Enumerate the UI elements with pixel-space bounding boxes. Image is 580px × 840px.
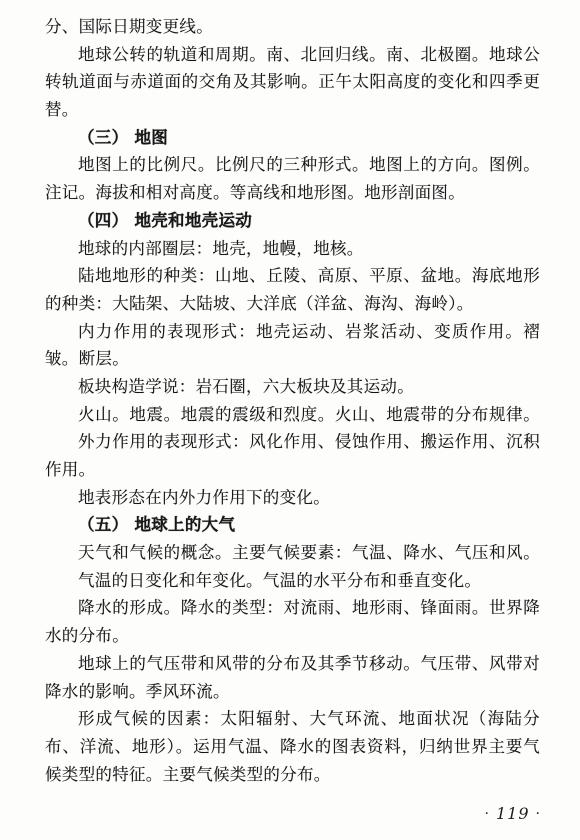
text-line: 地球的内部圈层：地壳，地幔，地核。 xyxy=(45,235,540,263)
section-heading: （五） 地球上的大气 xyxy=(45,511,540,539)
text-line: 转轨道面与赤道面的交角及其影响。正午太阳高度的变化和四季更 xyxy=(45,68,540,96)
text-line: 天气和气候的概念。主要气候要素：气温、降水、气压和风。 xyxy=(45,539,540,567)
text-line: 分、国际日期变更线。 xyxy=(45,13,540,41)
text-line: 板块构造学说：岩石圈，六大板块及其运动。 xyxy=(45,373,540,401)
text-line: 地表形态在内外力作用下的变化。 xyxy=(45,484,540,512)
section-heading: （四） 地壳和地壳运动 xyxy=(45,207,540,235)
text-line: 陆地地形的种类：山地、丘陵、高原、平原、盆地。海底地形 xyxy=(45,262,540,290)
text-line: 地球上的气压带和风带的分布及其季节移动。气压带、风带对 xyxy=(45,650,540,678)
page-number-left-dot: · xyxy=(485,806,490,822)
page-number: ·119· xyxy=(479,804,547,823)
text-line: 候类型的特征。主要气候类型的分布。 xyxy=(45,761,540,789)
scanned-document-page: 分、国际日期变更线。地球公转的轨道和周期。南、北回归线。南、北极圈。地球公转轨道… xyxy=(0,0,580,840)
text-line: 外力作用的表现形式：风化作用、侵蚀作用、搬运作用、沉积 xyxy=(45,428,540,456)
text-line: 注记。海拔和相对高度。等高线和地形图。地形剖面图。 xyxy=(45,179,540,207)
text-line: 替。 xyxy=(45,96,540,124)
text-line: 作用。 xyxy=(45,456,540,484)
text-line: 降水的形成。降水的类型：对流雨、地形雨、锋面雨。世界降 xyxy=(45,594,540,622)
text-line: 形成气候的因素：太阳辐射、大气环流、地面状况（海陆分 xyxy=(45,705,540,733)
text-line: 布、洋流、地形）。运用气温、降水的图表资料，归纳世界主要气 xyxy=(45,733,540,761)
text-line: 内力作用的表现形式：地壳运动、岩浆活动、变质作用。褶 xyxy=(45,318,540,346)
text-line: 地球公转的轨道和周期。南、北回归线。南、北极圈。地球公 xyxy=(45,41,540,69)
page-number-value: 119 xyxy=(496,804,530,823)
section-heading: （三） 地图 xyxy=(45,124,540,152)
text-line: 皱。断层。 xyxy=(45,345,540,373)
text-line: 火山。地震。地震的震级和烈度。火山、地震带的分布规律。 xyxy=(45,401,540,429)
text-line: 气温的日变化和年变化。气温的水平分布和垂直变化。 xyxy=(45,567,540,595)
text-line: 降水的影响。季风环流。 xyxy=(45,678,540,706)
page-number-right-dot: · xyxy=(536,806,541,822)
text-line: 的种类：大陆架、大陆坡、大洋底（洋盆、海沟、海岭）。 xyxy=(45,290,540,318)
text-line: 水的分布。 xyxy=(45,622,540,650)
text-line: 地图上的比例尺。比例尺的三种形式。地图上的方向。图例。 xyxy=(45,151,540,179)
text-block: 分、国际日期变更线。地球公转的轨道和周期。南、北回归线。南、北极圈。地球公转轨道… xyxy=(45,13,540,788)
